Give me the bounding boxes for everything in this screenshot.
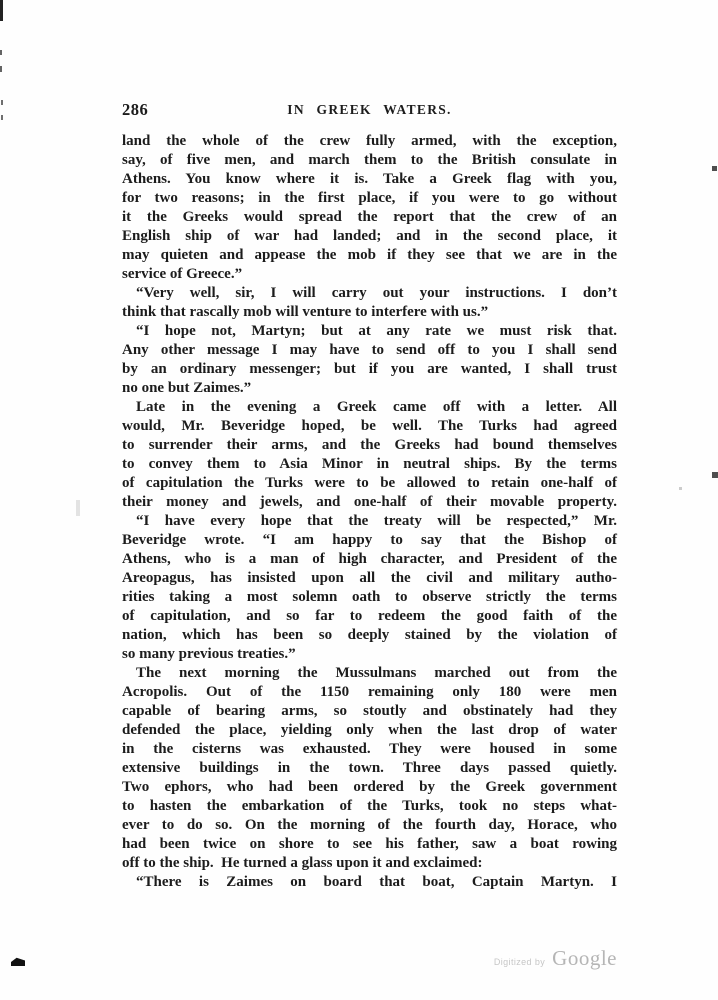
text-line: so many previous treaties.” (122, 645, 617, 664)
text-line: of capitulation the Turks were to be all… (122, 474, 617, 493)
text-line: defended the place, yielding only when t… (122, 721, 617, 740)
text-line: Beveridge wrote. “I am happy to say that… (122, 531, 617, 550)
scan-artifact-smudge (76, 500, 80, 516)
scan-artifact-speck (712, 166, 717, 171)
digitized-watermark: Digitized by Google (494, 946, 617, 978)
scan-artifact-speck (1, 115, 3, 120)
text-line: The next morning the Mussulmans marched … (122, 664, 617, 683)
text-line: of capitulation, and so far to redeem th… (122, 607, 617, 626)
scan-artifact-left-bar (0, 0, 3, 21)
body-text: land the whole of the crew fully armed, … (122, 132, 617, 892)
book-page-scan: 286 IN GREEK WATERS. land the whole of t… (0, 0, 718, 1000)
text-line: to hasten the embarkation of the Turks, … (122, 797, 617, 816)
text-line: it the Greeks would spread the report th… (122, 208, 617, 227)
text-line: in the cisterns was exhausted. They were… (122, 740, 617, 759)
text-line: Athens, who is a man of high character, … (122, 550, 617, 569)
scan-artifact-speck (679, 487, 682, 490)
digitized-by-text: Digitized by (494, 957, 545, 967)
text-line: “I have every hope that the treaty will … (122, 512, 617, 531)
text-line: had been twice on shore to see his fathe… (122, 835, 617, 854)
text-line: capable of bearing arms, so stoutly and … (122, 702, 617, 721)
text-line: Athens. You know where it is. Take a Gre… (122, 170, 617, 189)
text-line: think that rascally mob will venture to … (122, 303, 617, 322)
text-line: say, of five men, and march them to the … (122, 151, 617, 170)
text-line: Areopagus, has insisted upon all the civ… (122, 569, 617, 588)
text-line: to convey them to Asia Minor in neutral … (122, 455, 617, 474)
text-line: English ship of war had landed; and in t… (122, 227, 617, 246)
text-line: no one but Zaimes.” (122, 379, 617, 398)
scan-artifact-corner-wedge (11, 956, 25, 966)
running-title: IN GREEK WATERS. (122, 102, 617, 118)
text-line: nation, which has been so deeply stained… (122, 626, 617, 645)
text-line: Acropolis. Out of the 1150 remaining onl… (122, 683, 617, 702)
text-line: Any other message I may have to send off… (122, 341, 617, 360)
text-line: extensive buildings in the town. Three d… (122, 759, 617, 778)
scan-artifact-speck (0, 50, 2, 55)
text-line: service of Greece.” (122, 265, 617, 284)
scan-artifact-speck (0, 66, 2, 72)
text-line: “I hope not, Martyn; but at any rate we … (122, 322, 617, 341)
text-line: “There is Zaimes on board that boat, Cap… (122, 873, 617, 892)
text-line: ever to do so. On the morning of the fou… (122, 816, 617, 835)
running-head: 286 IN GREEK WATERS. (122, 100, 617, 120)
text-line: would, Mr. Beveridge hoped, be well. The… (122, 417, 617, 436)
text-line: off to the ship. He turned a glass upon … (122, 854, 617, 873)
text-line: to surrender their arms, and the Greeks … (122, 436, 617, 455)
text-line: Two ephors, who had been ordered by the … (122, 778, 617, 797)
text-line: by an ordinary messenger; but if you are… (122, 360, 617, 379)
text-line: rities taking a most solemn oath to obse… (122, 588, 617, 607)
text-line: Late in the evening a Greek came off wit… (122, 398, 617, 417)
text-line: may quieten and appease the mob if they … (122, 246, 617, 265)
text-line: for two reasons; in the first place, if … (122, 189, 617, 208)
text-line: land the whole of the crew fully armed, … (122, 132, 617, 151)
scan-artifact-speck (712, 472, 718, 478)
text-line: their money and jewels, and one-half of … (122, 493, 617, 512)
text-line: “Very well, sir, I will carry out your i… (122, 284, 617, 303)
scan-artifact-speck (1, 100, 3, 105)
google-logo: Google (552, 946, 617, 971)
